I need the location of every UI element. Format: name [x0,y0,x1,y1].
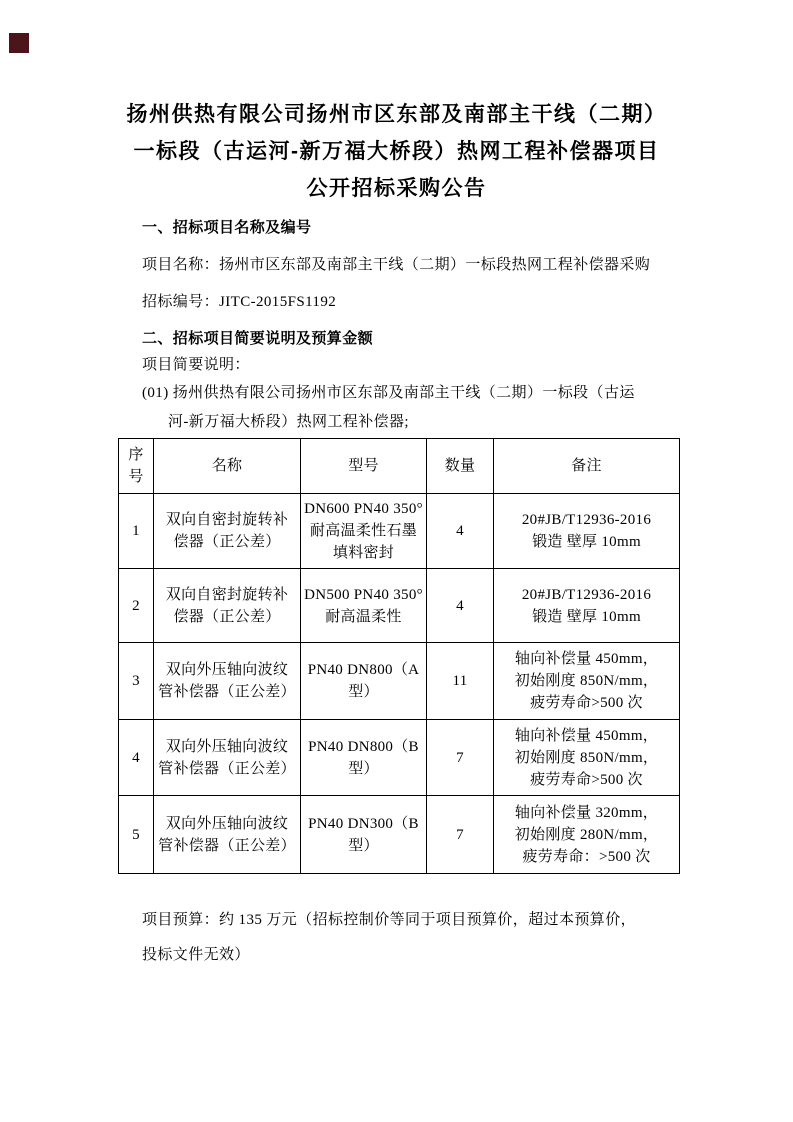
cell-quantity: 7 [427,720,494,796]
cell-remarks: 20#JB/T12936-2016 锻造 壁厚 10mm [494,569,680,643]
header-model: 型号 [301,439,427,494]
cell-serial-no: 1 [119,494,154,569]
brief-description-label: 项目简要说明： [142,355,703,375]
cell-model: PN40 DN800（A 型） [301,643,427,720]
cell-serial-no: 5 [119,796,154,874]
title-line-3: 公开招标采购公告 [0,170,793,207]
table-row: 3 双向外压轴向波纹 管补偿器（正公差） PN40 DN800（A 型） 11 … [119,643,680,720]
item01-line-1: (01) 扬州供热有限公司扬州市区东部及南部主干线（二期）一标段（古运 [142,383,703,403]
table-row: 5 双向外压轴向波纹 管补偿器（正公差） PN40 DN300（B 型） 7 轴… [119,796,680,874]
cell-quantity: 7 [427,796,494,874]
section1-heading: 一、招标项目名称及编号 [142,218,703,238]
cell-name: 双向外压轴向波纹 管补偿器（正公差） [154,796,301,874]
cell-model: PN40 DN300（B 型） [301,796,427,874]
cell-quantity: 4 [427,494,494,569]
cell-serial-no: 2 [119,569,154,643]
project-name-line: 项目名称：扬州市区东部及南部主干线（二期）一标段热网工程补偿器采购 [142,255,703,275]
header-quantity: 数量 [427,439,494,494]
table-header-row: 序 号 名称 型号 数量 备注 [119,439,680,494]
cell-name: 双向自密封旋转补 偿器（正公差） [154,494,301,569]
title-line-1: 扬州供热有限公司扬州市区东部及南部主干线（二期） [0,96,793,133]
cell-name: 双向外压轴向波纹 管补偿器（正公差） [154,643,301,720]
tender-number-line: 招标编号：JITC-2015FS1192 [142,292,703,312]
budget-line-1: 项目预算：约 135 万元（招标控制价等同于项目预算价，超过本预算价， [142,910,703,930]
title-line-2: 一标段（古运河-新万福大桥段）热网工程补偿器项目 [0,133,793,170]
cell-remarks: 轴向补偿量 450mm， 初始刚度 850N/mm， 疲劳寿命>500 次 [494,643,680,720]
budget-line-2: 投标文件无效） [142,945,703,965]
header-serial-no: 序 号 [119,439,154,494]
document-body: 一、招标项目名称及编号 项目名称：扬州市区东部及南部主干线（二期）一标段热网工程… [142,218,703,432]
cell-remarks: 轴向补偿量 320mm， 初始刚度 280N/mm， 疲劳寿命：>500 次 [494,796,680,874]
cell-serial-no: 4 [119,720,154,796]
header-name: 名称 [154,439,301,494]
items-table: 序 号 名称 型号 数量 备注 1 双向自密封旋转补 偿器（正公差） DN600… [118,438,680,874]
header-remarks: 备注 [494,439,680,494]
cell-remarks: 20#JB/T12936-2016 锻造 壁厚 10mm [494,494,680,569]
table-row: 4 双向外压轴向波纹 管补偿器（正公差） PN40 DN800（B 型） 7 轴… [119,720,680,796]
cell-model: DN600 PN40 350° 耐高温柔性石墨 填料密封 [301,494,427,569]
section2-heading: 二、招标项目简要说明及预算金额 [142,329,703,349]
cell-name: 双向自密封旋转补 偿器（正公差） [154,569,301,643]
table-row: 2 双向自密封旋转补 偿器（正公差） DN500 PN40 350° 耐高温柔性… [119,569,680,643]
document-title: 扬州供热有限公司扬州市区东部及南部主干线（二期） 一标段（古运河-新万福大桥段）… [0,0,793,207]
table-row: 1 双向自密封旋转补 偿器（正公差） DN600 PN40 350° 耐高温柔性… [119,494,680,569]
cell-quantity: 4 [427,569,494,643]
cell-serial-no: 3 [119,643,154,720]
cell-quantity: 11 [427,643,494,720]
budget-paragraph: 项目预算：约 135 万元（招标控制价等同于项目预算价，超过本预算价， 投标文件… [142,910,703,965]
item01-line-2: 河-新万福大桥段）热网工程补偿器; [142,412,703,432]
page-root: { "marker": { "color": "#4c151a" }, "doc… [0,0,793,1122]
corner-marker [9,33,29,53]
cell-remarks: 轴向补偿量 450mm， 初始刚度 850N/mm， 疲劳寿命>500 次 [494,720,680,796]
cell-name: 双向外压轴向波纹 管补偿器（正公差） [154,720,301,796]
cell-model: DN500 PN40 350° 耐高温柔性 [301,569,427,643]
cell-model: PN40 DN800（B 型） [301,720,427,796]
